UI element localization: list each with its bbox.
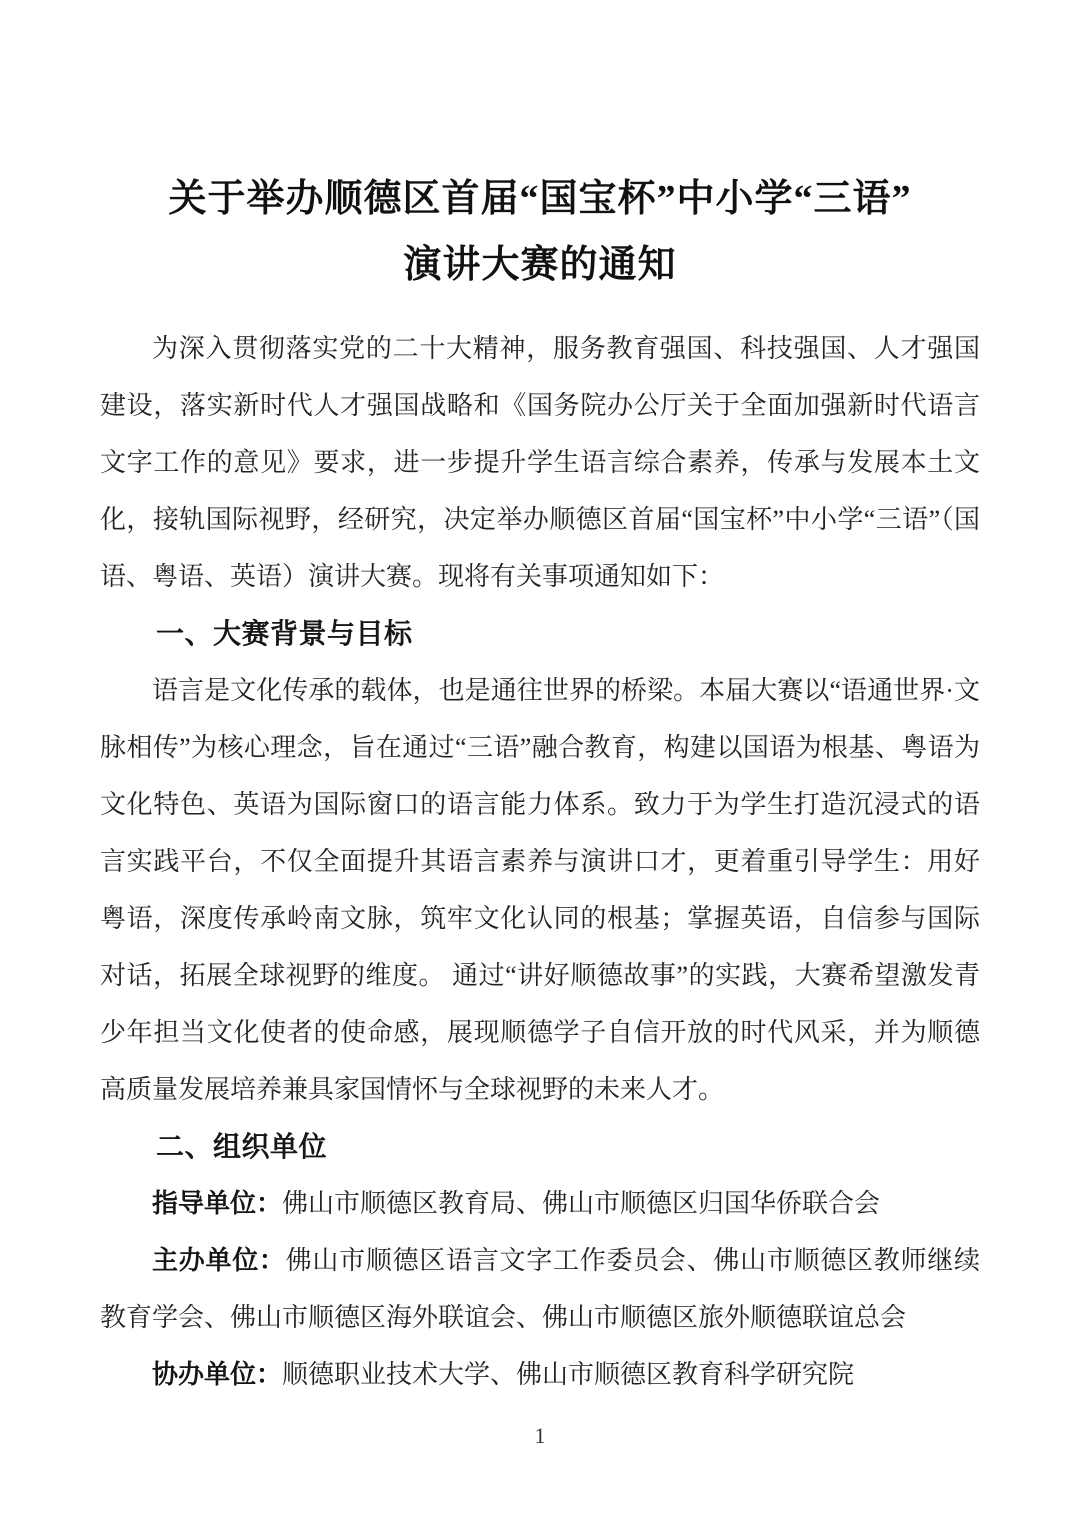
document-page: 关于举办顺德区首届“国宝杯”中小学“三语” 演讲大赛的通知 为深入贯彻落实党的二…: [0, 0, 1080, 1528]
org-item-host-unit: 主办单位：佛山市顺德区语言文字工作委员会、佛山市顺德区教师继续教育学会、佛山市顺…: [100, 1232, 980, 1346]
org-text-guidance-unit: 佛山市顺德区教育局、佛山市顺德区归国华侨联合会: [282, 1189, 880, 1218]
section-heading-background-goals: 一、大赛背景与目标: [100, 605, 980, 662]
section-body-background-goals: 语言是文化传承的载体，也是通往世界的桥梁。本届大赛以“语通世界·文脉相传”为核心…: [100, 662, 980, 1118]
org-item-guidance-unit: 指导单位：佛山市顺德区教育局、佛山市顺德区归国华侨联合会: [100, 1175, 980, 1232]
org-label-host-unit: 主办单位：: [152, 1246, 286, 1275]
intro-paragraph: 为深入贯彻落实党的二十大精神，服务教育强国、科技强国、人才强国建设，落实新时代人…: [100, 320, 980, 605]
org-label-guidance-unit: 指导单位：: [152, 1189, 282, 1218]
title-line-1: 关于举办顺德区首届“国宝杯”中小学“三语”: [100, 166, 980, 232]
org-text-co-organizer-unit: 顺德职业技术大学、佛山市顺德区教育科学研究院: [282, 1360, 854, 1389]
title-line-2: 演讲大赛的通知: [100, 232, 980, 298]
org-label-co-organizer-unit: 协办单位：: [152, 1360, 282, 1389]
org-item-co-organizer-unit: 协办单位：顺德职业技术大学、佛山市顺德区教育科学研究院: [100, 1346, 980, 1403]
page-number: 1: [0, 1424, 1080, 1448]
section-heading-organizing-units: 二、组织单位: [100, 1118, 980, 1175]
document-title: 关于举办顺德区首届“国宝杯”中小学“三语” 演讲大赛的通知: [100, 166, 980, 298]
